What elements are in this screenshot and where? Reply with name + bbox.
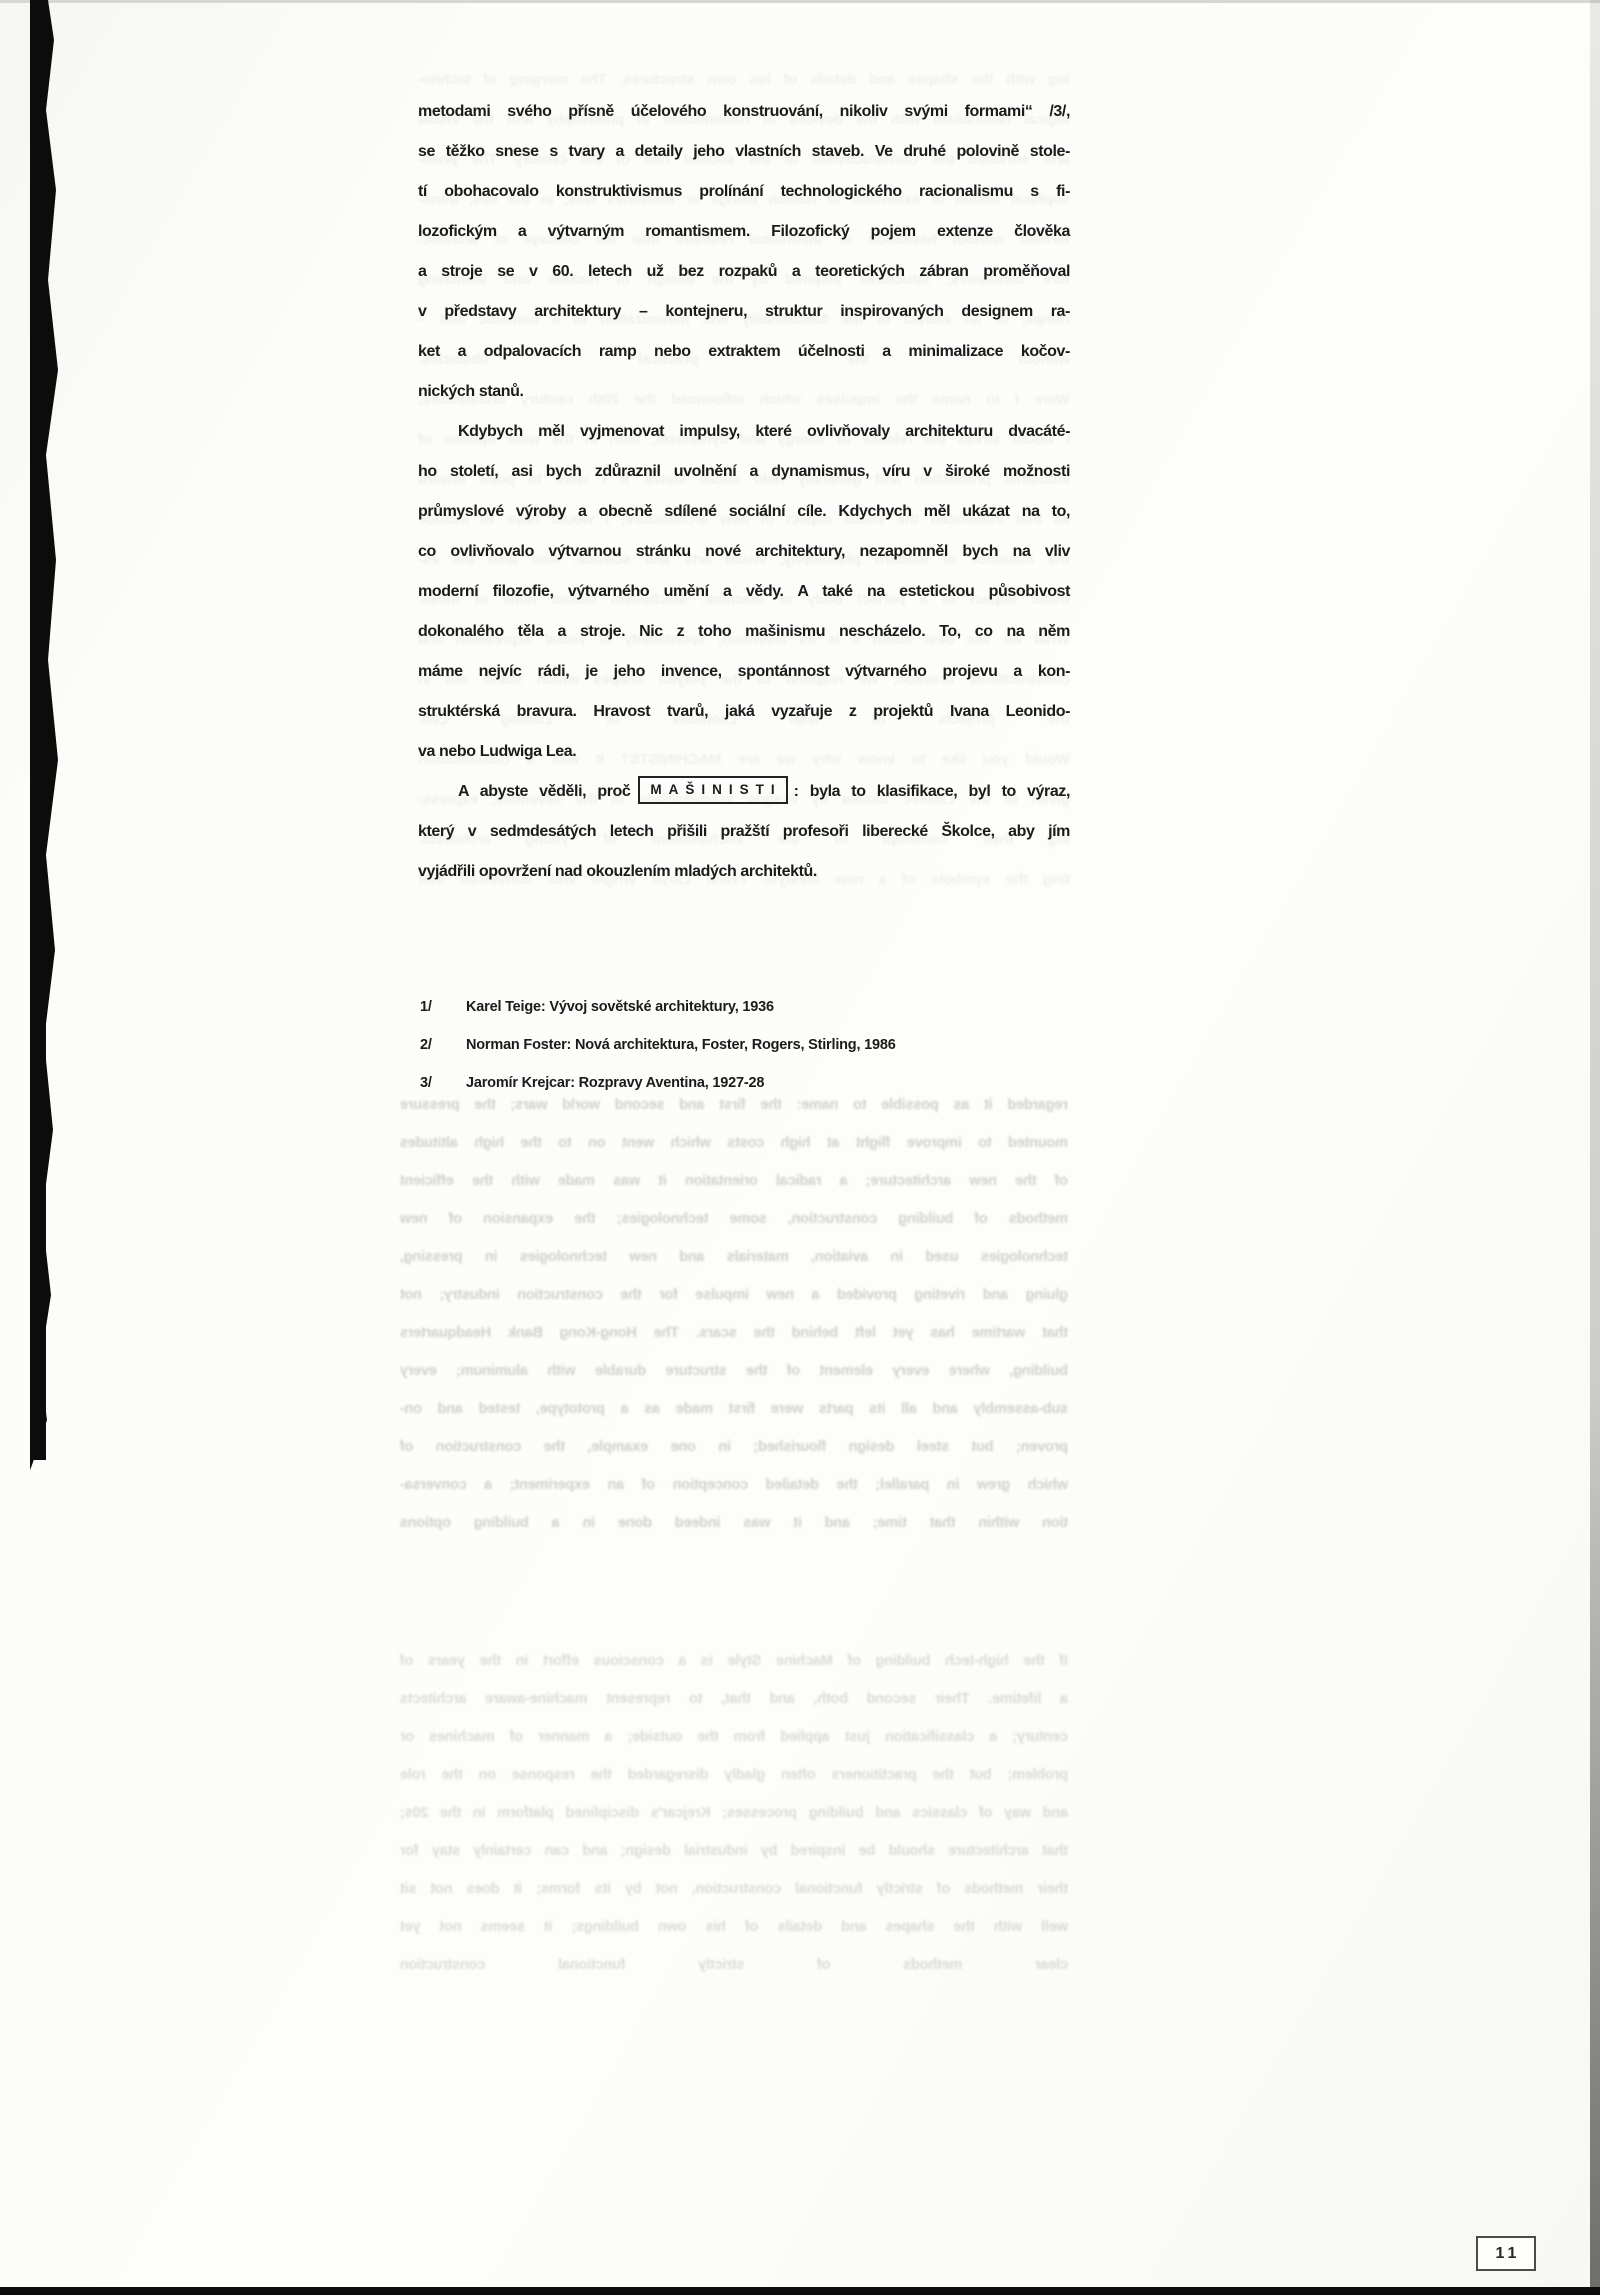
scan-edge-bottom [0, 2287, 1600, 2295]
scanned-book-page: ing with the shapes and details of his o… [0, 0, 1600, 2295]
text-line: a stroje se v 60. letech už bez rozpaků … [418, 252, 1070, 292]
text-line: metodami svého přísně účelového konstruo… [418, 92, 1070, 132]
text-line: v představy architektury – kontejneru, s… [418, 292, 1070, 332]
paragraph-3: A abyste věděli, pročMAŠINISTI: byla to … [418, 772, 1070, 892]
bleedthrough-line: which grew in parallel; the detailed con… [400, 1466, 1068, 1504]
text-line: ket a odpalovacích ramp nebo extraktem ú… [418, 332, 1070, 372]
paragraph-1: metodami svého přísně účelového konstruo… [418, 92, 1070, 412]
text-line: máme nejvíc rádi, je jeho invence, spont… [418, 652, 1070, 692]
paragraph-2: Kdybych měl vyjmenovat impulsy, které ov… [418, 412, 1070, 772]
bleedthrough-line: clear methods of strictly functional con… [400, 1946, 1068, 1984]
bleedthrough-line: century; a classification just applied f… [400, 1718, 1068, 1756]
bleedthrough-line: well with the shapes and details of his … [400, 1908, 1068, 1946]
page-number: 11 [1496, 2245, 1521, 2263]
bleedthrough-line: problem; but the practitioners often gla… [400, 1756, 1068, 1794]
footnote-text: Norman Foster: Nová architektura, Foster… [466, 1026, 896, 1064]
text-line: ho století, asi bych zdůraznil uvolnění … [418, 452, 1070, 492]
bleedthrough-line: mounted to improve flight at high costs … [400, 1124, 1068, 1162]
bleedthrough-text-middle: regarded it as possible to name: the fir… [400, 1086, 1068, 1542]
text-line: vyjádřili opovržení nad okouzlením mladý… [418, 852, 1070, 892]
bleedthrough-line: that wartime has yet left behind the sca… [400, 1314, 1068, 1352]
page-number-box: 11 [1476, 2236, 1536, 2271]
bleedthrough-line: building, where every element of the str… [400, 1352, 1068, 1390]
footnote-number: 2/ [420, 1026, 466, 1064]
footnote-3: 3/ Jaromír Krejcar: Rozpravy Aventina, 1… [420, 1064, 1100, 1102]
bleedthrough-line: methods of building construction, some t… [400, 1200, 1068, 1238]
footnote-2: 2/ Norman Foster: Nová architektura, Fos… [420, 1026, 1100, 1064]
text-line: průmyslové výroby a obecně sdílené sociá… [418, 492, 1070, 532]
text-line: co ovlivňovalo výtvarnou stránku nové ar… [418, 532, 1070, 572]
footnote-number: 3/ [420, 1064, 466, 1102]
boxed-word-post-text: : byla to klasifikace, byl to výraz, [794, 783, 1070, 800]
text-line: dokonalého těla a stroje. Nic z toho maš… [418, 612, 1070, 652]
text-line: struktérská bravura. Hravost tvarů, jaká… [418, 692, 1070, 732]
scan-tear-left-edge [0, 0, 86, 1475]
footnote-1: 1/ Karel Teige: Vývoj sovětské architekt… [420, 988, 1100, 1026]
text-line: lozofickým a výtvarným romantismem. Filo… [418, 212, 1070, 252]
bleedthrough-line: that architecture should be inspired by … [400, 1832, 1068, 1870]
scan-edge-top [0, 0, 1600, 3]
bleedthrough-line: and way of classics and building process… [400, 1794, 1068, 1832]
bleedthrough-line: of the new architecture; a radical orien… [400, 1162, 1068, 1200]
masinisti-boxed-word: MAŠINISTI [638, 776, 787, 804]
footnote-text: Jaromír Krejcar: Rozpravy Aventina, 1927… [466, 1064, 764, 1102]
boxed-word-pre-text: A abyste věděli, proč [458, 783, 630, 800]
bleedthrough-line: If the high-tech building of Machine Sty… [400, 1642, 1068, 1680]
bleedthrough-line: gluing and riveting provided a new impul… [400, 1276, 1068, 1314]
text-line: který v sedmdesátých letech přišili praž… [418, 812, 1070, 852]
footnotes: 1/ Karel Teige: Vývoj sovětské architekt… [420, 988, 1100, 1102]
text-line: tí obohacovalo konstruktivismus prolínán… [418, 172, 1070, 212]
footnote-number: 1/ [420, 988, 466, 1026]
text-line-with-boxed-word: A abyste věděli, pročMAŠINISTI: byla to … [418, 772, 1070, 812]
bleedthrough-line: sub-assembly and all its parts were firs… [400, 1390, 1068, 1428]
text-line: Kdybych měl vyjmenovat impulsy, které ov… [418, 412, 1070, 452]
bleedthrough-line: their methods of strictly functional con… [400, 1870, 1068, 1908]
text-line: nických stanů. [418, 372, 1070, 412]
bleedthrough-text-lower: If the high-tech building of Machine Sty… [400, 1642, 1068, 1984]
bleedthrough-line: tion within that time; and it was indeed… [400, 1504, 1068, 1542]
text-line: moderní filozofie, výtvarného umění a vě… [418, 572, 1070, 612]
bleedthrough-line: technologies used in aviation, materials… [400, 1238, 1068, 1276]
bleedthrough-line: a lifetime. Their second both, and that,… [400, 1680, 1068, 1718]
text-line: va nebo Ludwiga Lea. [418, 732, 1070, 772]
scan-edge-right [1590, 0, 1600, 2295]
bleedthrough-line: proven; but steel design flourished; in … [400, 1428, 1068, 1466]
footnote-text: Karel Teige: Vývoj sovětské architektury… [466, 988, 774, 1026]
text-line: se těžko snese s tvary a detaily jeho vl… [418, 132, 1070, 172]
